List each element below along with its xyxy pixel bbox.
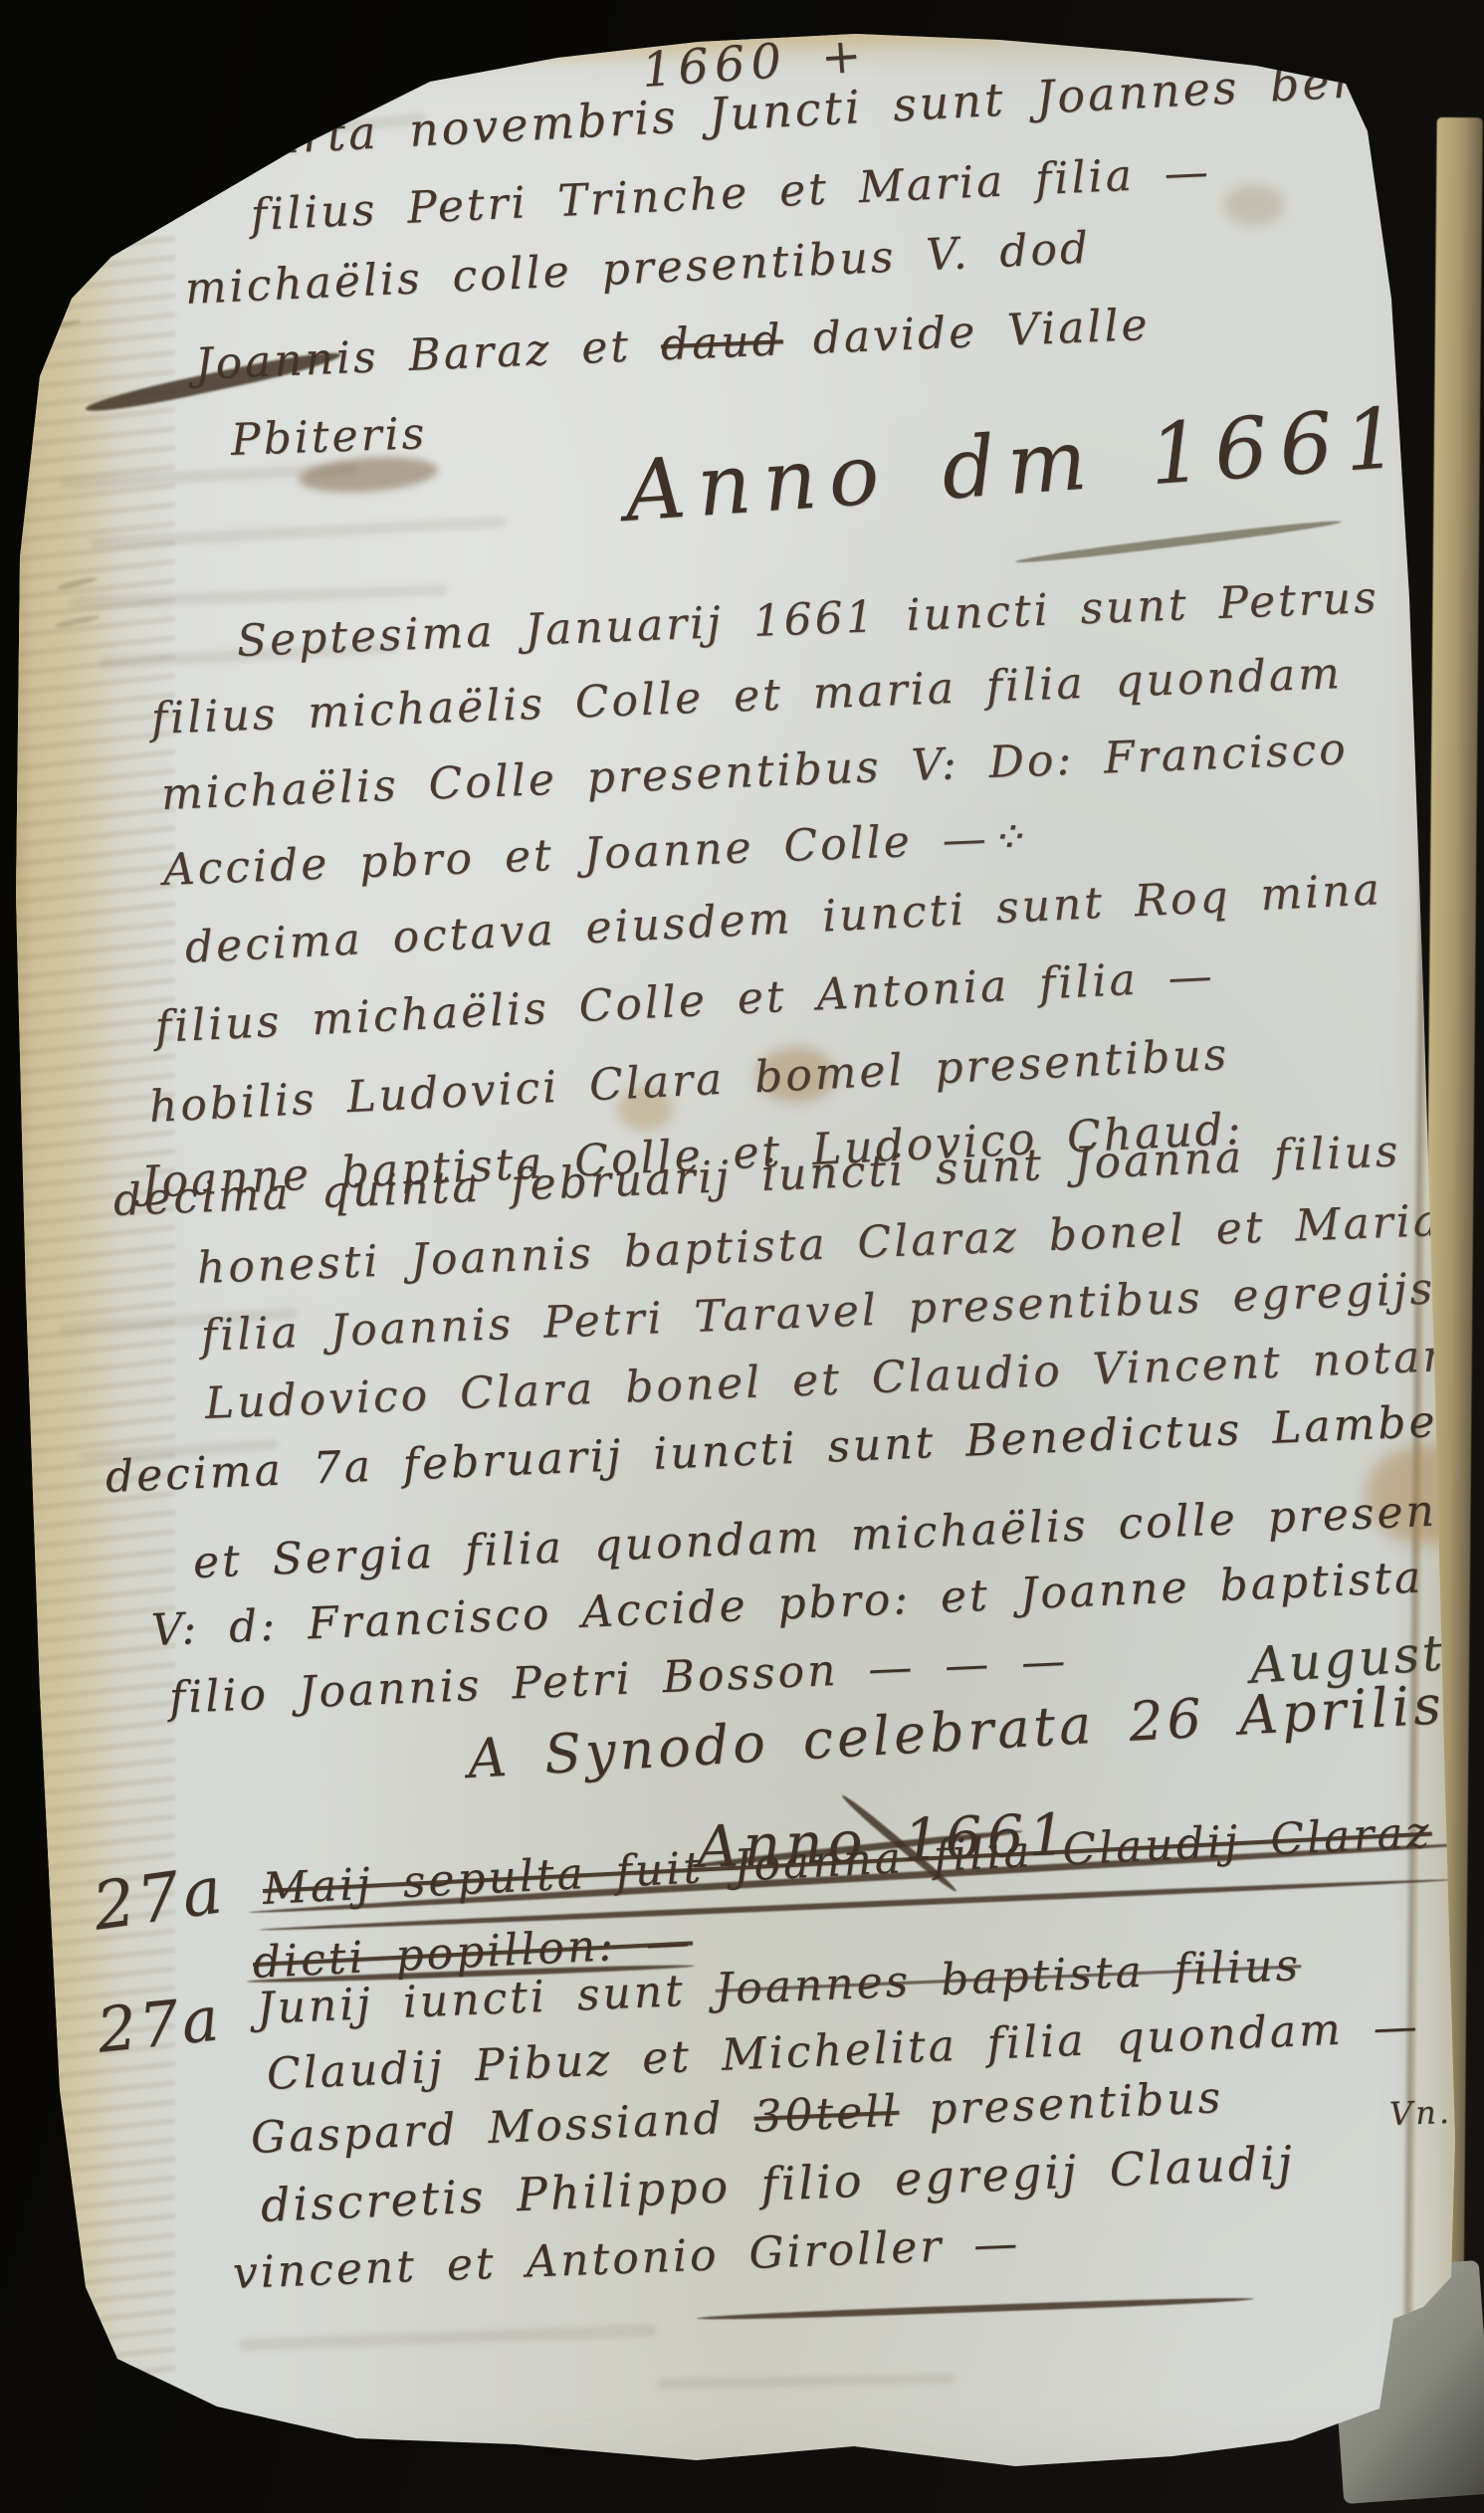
- heading-underline-flourish: [1014, 518, 1342, 566]
- line-segment: Gaspard Mossiand: [250, 2092, 755, 2164]
- manuscript-line: filius michaëlis Colle et maria filia qu…: [150, 651, 1344, 742]
- manuscript-line: Accide pbro et Joanne Colle —⁘: [162, 815, 1029, 895]
- paper-stain: [1224, 185, 1284, 225]
- scanned-register-photo: 1660 + Quarta novembris Juncti sunt Joan…: [0, 0, 1484, 2513]
- underline-stroke: [697, 2295, 1254, 2322]
- struck-words: Joannes baptista filius: [715, 1940, 1302, 2015]
- manuscript-line: Joannis Baraz et daud davide Vialle: [194, 303, 1151, 388]
- bleed-through-mark: [239, 2324, 657, 2351]
- struck-word: daud: [660, 314, 784, 370]
- margin-right-abbreviation: Vn.: [1388, 2096, 1452, 2132]
- line-segment: davide Vialle: [782, 300, 1152, 365]
- entry-day-number: 27a: [95, 1986, 225, 2063]
- manuscript-line: michaëlis Colle presentibus V: Do: Franc…: [160, 727, 1349, 818]
- manuscript-page: 1660 + Quarta novembris Juncti sunt Joan…: [0, 0, 1484, 2513]
- manuscript-line: michaëlis colle presentibus V. dod: [184, 226, 1092, 313]
- manuscript-line: vincent et Antonio Giroller —: [232, 2221, 1021, 2298]
- anno-1661-heading: Anno dm 1661: [622, 393, 1412, 535]
- bleed-through-mark: [657, 2374, 955, 2389]
- line-segment: presentibus: [898, 2072, 1224, 2137]
- manuscript-line: Pbiteris: [230, 411, 428, 464]
- paper-stain: [125, 56, 332, 152]
- entry-day-number: 27a: [89, 1855, 229, 1942]
- margin-mark: [47, 97, 114, 123]
- struck-word: 30tell: [753, 2086, 901, 2143]
